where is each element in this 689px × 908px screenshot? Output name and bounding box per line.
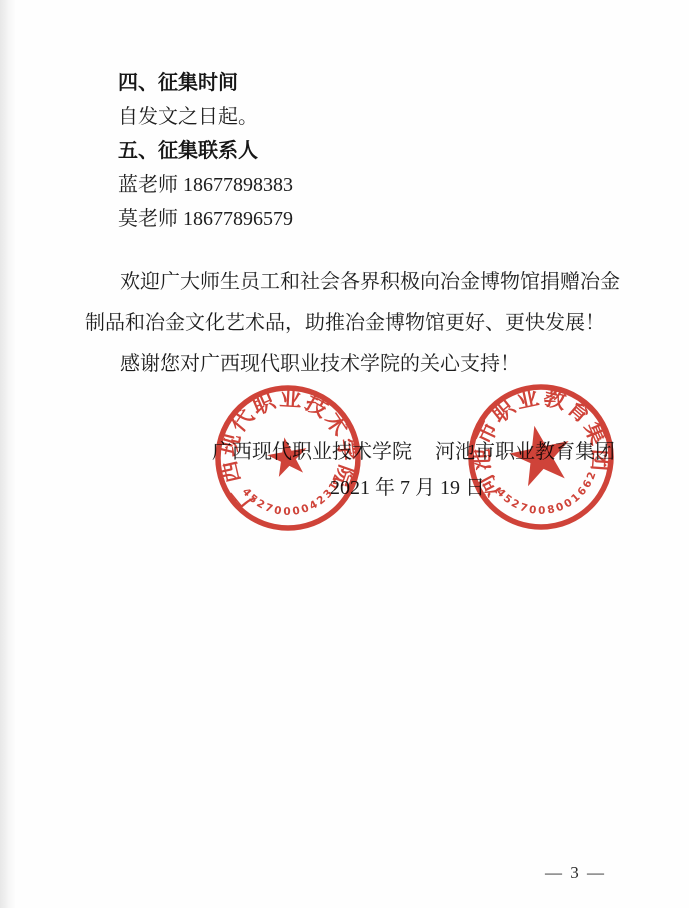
section-heading-contacts: 五、征集联系人 [118, 134, 620, 168]
contact-line-lan: 蓝老师 18677898383 [118, 168, 620, 202]
paragraph-welcome: 欢迎广大师生员工和社会各界积极向冶金博物馆捐赠冶金 制品和冶金文化艺术品，助推冶… [85, 262, 620, 344]
seal-star-icon [505, 419, 577, 488]
official-seal-hcvet: 河池市职业教育集团 4527008001662 [461, 377, 621, 537]
paragraph-line: 欢迎广大师生员工和社会各界积极向冶金博物馆捐赠冶金 [85, 262, 620, 303]
official-seal-gxmzy: 广西现代职业技术学院 4527000042317 [208, 378, 368, 538]
scanned-document-page: 四、征集时间 自发文之日起。 五、征集联系人 蓝老师 18677898383 莫… [0, 0, 689, 908]
page-number: — 3 — [545, 863, 606, 883]
collection-time-text: 自发文之日起。 [118, 100, 620, 134]
contact-line-mo: 莫老师 18677896579 [118, 202, 620, 236]
scan-edge-shadow [0, 0, 16, 908]
section-heading-collection-time: 四、征集时间 [118, 66, 620, 100]
paragraph-line: 制品和冶金文化艺术品，助推冶金博物馆更好、更快发展！ [85, 303, 620, 344]
seal-star-icon [265, 434, 311, 478]
document-content: 四、征集时间 自发文之日起。 五、征集联系人 蓝老师 18677898383 莫… [85, 66, 620, 385]
